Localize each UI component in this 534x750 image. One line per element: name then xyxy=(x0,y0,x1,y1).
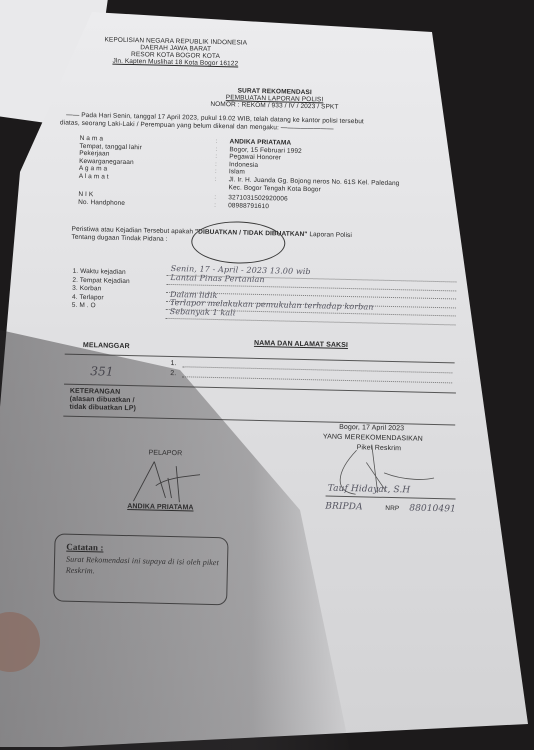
colon-separator: : xyxy=(215,153,217,160)
witness-2-line xyxy=(182,376,452,383)
nrp-label: NRP xyxy=(385,505,399,512)
nrp-value: 88010491 xyxy=(409,503,456,514)
detail-value-handwritten: Sebanyak 1 kali xyxy=(170,306,236,316)
identity-label: N I K xyxy=(78,191,93,198)
colon-separator: : xyxy=(215,146,217,153)
identity-value: Indonesia xyxy=(229,161,258,169)
recommender-rank: BRIPDA xyxy=(325,502,363,513)
witness-1-line xyxy=(182,366,452,373)
violation-label: MELANGGAR xyxy=(83,342,130,350)
colon-separator: : xyxy=(214,202,216,209)
letterhead: KEPOLISIAN NEGARA REPUBLIK INDONESIA DAE… xyxy=(75,36,276,69)
colon-separator: : xyxy=(215,161,217,168)
event-line-2: Tentang dugaan Tindak Pidana : xyxy=(71,234,167,243)
identity-label: N a m a xyxy=(80,135,104,143)
event-suffix: Laporan Polisi xyxy=(309,231,352,239)
colon-separator: : xyxy=(215,168,217,175)
detail-label: 4. Terlapor xyxy=(72,293,104,301)
incident-details: 1. Waktu kejadianSenin, 17 - April - 202… xyxy=(7,0,534,6)
colon-separator: : xyxy=(215,176,217,183)
detail-value-handwritten: Lantai Pinas Pertanian xyxy=(170,272,264,283)
colon-separator: : xyxy=(214,194,216,201)
witnesses-title: NAMA DAN ALAMAT SAKSI xyxy=(254,340,348,349)
place-date: Bogor, 17 April 2023 xyxy=(339,424,404,432)
document-title: SURAT REKOMENDASI PEMBUATAN LAPORAN POLI… xyxy=(194,86,354,111)
identity-section: N a m a:ANDIKA PRIATAMATempat, tanggal l… xyxy=(7,0,534,6)
identity-value: 08988791610 xyxy=(228,202,269,210)
witness-1: 1. xyxy=(170,360,176,367)
identity-label: No. Handphone xyxy=(78,199,125,207)
detail-label: 1. Waktu kejadian xyxy=(73,268,126,276)
recommender-name-handwritten: Tauf Hidayat, S.H xyxy=(328,484,411,496)
identity-label: A g a m a xyxy=(79,165,108,173)
identity-label: A l a m a t xyxy=(79,173,109,181)
fill-line xyxy=(166,317,456,325)
identity-value: Kec. Bogor Tengah Kota Bogor xyxy=(228,184,320,193)
identity-value: Islam xyxy=(229,169,245,176)
choice-circle-mark xyxy=(191,220,286,264)
colon-separator: : xyxy=(216,138,218,145)
detail-label: 5. M . O xyxy=(72,302,96,310)
detail-label: 3. Korban xyxy=(72,285,101,293)
detail-label: 2. Tempat Kejadian xyxy=(72,276,129,284)
identity-label: Pekerjaan xyxy=(79,150,109,158)
